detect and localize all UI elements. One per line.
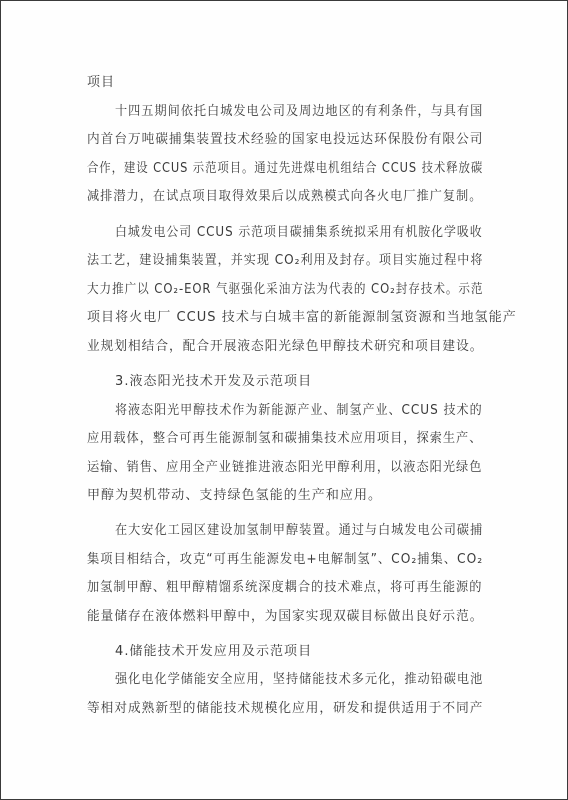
paragraph-5-line-2: 等相对成熟新型的储能技术规模化应用，研发和提供适用于不同产 [87,700,476,718]
paragraph-1-line-1: 十四五期间依托白城发电公司及周边地区的有利条件，与具有国 [115,103,463,121]
paragraph-2-line-3: 大力推广以 CO₂-EOR 气驱强化采油方法为代表的 CO₂封存技术。示范 [87,281,444,299]
paragraph-1-line-2: 内首台万吨碳捕集装置技术经验的国家电投远达环保股份有限公司 [87,131,476,149]
section-heading-4: 4.储能技术开发应用及示范项目 [115,643,487,661]
document-page: 项目 十四五期间依托白城发电公司及周边地区的有利条件，与具有国 内首台万吨碳捕集… [0,0,568,800]
paragraph-2-line-4: 项目将火电厂 CCUS 技术与白城丰富的新能源制氢资源和当地氢能产 [87,309,487,327]
paragraph-2-line-2: 法工艺，建设捕集装置，并实现 CO₂利用及封存。项目实施过程中将 [87,252,459,270]
paragraph-4-line-4: 能量储存在液体燃料甲醇中，为国家实现双碳目标做出良好示范。 [87,608,476,626]
paragraph-3-line-1: 将液态阳光甲醇技术作为新能源产业、制氢产业、CCUS 技术的 [115,402,460,420]
paragraph-2-line-5: 业规划相结合，配合开展液态阳光绿色甲醇技术研究和项目建设。 [87,338,476,356]
paragraph-3-line-2: 应用载体，整合可再生能源制氢和碳捕集技术应用项目，探索生产、 [87,430,462,448]
section-heading-3: 3.液态阳光技术开发及示范项目 [115,373,487,391]
paragraph-4-line-2: 集项目相结合，攻克“可再生能源发电+电解制氢”、CO₂捕集、CO₂ [87,551,464,569]
paragraph-1-line-4: 减排潜力，在试点项目取得效果后以成熟模式向各火电厂推广复制。 [87,188,462,206]
paragraph-5-line-1: 强化电化学储能安全应用，坚持储能技术多元化，推动铅碳电池 [115,671,463,689]
paragraph-3-line-3: 运输、销售、应用全产业链推进液态阳光甲醇利用，以液态阳光绿色 [87,459,462,477]
paragraph-2-line-1: 白城发电公司 CCUS 示范项目碳捕集系统拟采用有机胺化学吸收 [115,224,455,242]
text-line-continuation: 项目 [87,74,487,92]
paragraph-1-line-3: 合作，建设 CCUS 示范项目。通过先进煤电机组结合 CCUS 技术释放碳 [87,160,437,178]
paragraph-4-line-1: 在大安化工园区建设加氢制甲醇装置。通过与白城发电公司碳捕 [115,522,463,540]
paragraph-3-line-4: 甲醇为契机带动、支持绿色氢能的生产和应用。 [87,487,487,505]
paragraph-4-line-3: 加氢制甲醇、粗甲醇精馏系统深度耦合的技术难点，将可再生能源的 [87,579,462,597]
